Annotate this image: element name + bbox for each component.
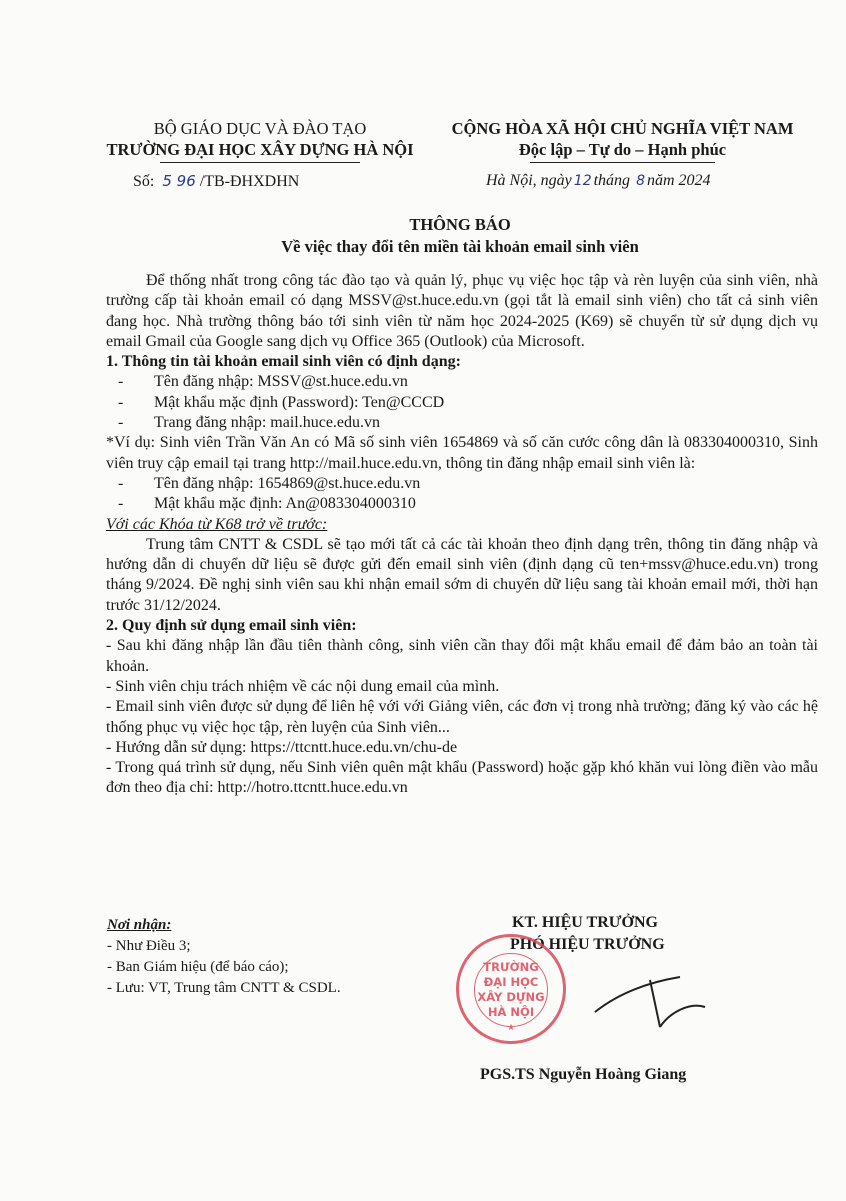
rule-item: - Hướng dẫn sử dụng: https://ttcntt.huce…: [106, 738, 818, 758]
document-number: Số: 5 96/TB-ĐHXDHN: [133, 172, 299, 191]
document-date: Hà Nội, ngày12tháng 8năm 2024: [486, 172, 711, 190]
older-cohorts-heading: Với các Khóa từ K68 trở về trước:: [106, 515, 818, 535]
list-item: -Tên đăng nhập: MSSV@st.huce.edu.vn: [106, 372, 818, 392]
example-paragraph: *Ví dụ: Sinh viên Trần Văn An có Mã số s…: [106, 433, 818, 474]
header-divider: [160, 162, 360, 163]
national-header: CỘNG HÒA XÃ HỘI CHỦ NGHĨA VIỆT NAM Độc l…: [425, 118, 820, 163]
list-item: -Mật khẩu mặc định (Password): Ten@CCCD: [106, 393, 818, 413]
title-main: THÔNG BÁO: [100, 214, 820, 236]
rule-item: - Trong quá trình sử dụng, nếu Sinh viên…: [106, 758, 818, 799]
section2-title: 2. Quy định sử dụng email sinh viên:: [106, 616, 818, 636]
rule-item: - Email sinh viên được sử dụng để liên h…: [106, 697, 818, 738]
handwritten-number: 5 96: [158, 172, 199, 190]
list-item: -Mật khẩu mặc định: An@083304000310: [106, 494, 818, 514]
intro-paragraph: Để thống nhất trong công tác đào tạo và …: [106, 271, 818, 352]
republic-name: CỘNG HÒA XÃ HỘI CHỦ NGHĨA VIỆT NAM: [425, 118, 820, 139]
handwritten-day: 12: [572, 173, 594, 189]
handwritten-month: 8: [634, 173, 647, 189]
document-title: THÔNG BÁO Về việc thay đổi tên miền tài …: [100, 214, 820, 258]
title-subject: Về việc thay đổi tên miền tài khoản emai…: [100, 236, 820, 258]
document-body: Để thống nhất trong công tác đào tạo và …: [106, 271, 818, 799]
signer-title-1: KT. HIỆU TRƯỞNG: [480, 912, 750, 934]
recipient-item: - Ban Giám hiệu (để báo cáo);: [107, 957, 341, 978]
recipient-item: - Như Điều 3;: [107, 936, 341, 957]
motto-divider: [530, 162, 715, 163]
recipients-block: Nơi nhận: - Như Điều 3; - Ban Giám hiệu …: [107, 915, 341, 999]
rule-item: - Sinh viên chịu trách nhiệm về các nội …: [106, 677, 818, 697]
signature-block: KT. HIỆU TRƯỞNG PHÓ HIỆU TRƯỞNG TRƯỜNG Đ…: [480, 912, 750, 956]
list-item: -Trang đăng nhập: mail.huce.edu.vn: [106, 413, 818, 433]
university-name: TRƯỜNG ĐẠI HỌC XÂY DỰNG HÀ NỘI: [100, 139, 420, 160]
ministry-name: BỘ GIÁO DỤC VÀ ĐÀO TẠO: [100, 118, 420, 139]
signer-name: PGS.TS Nguyễn Hoàng Giang: [480, 1064, 686, 1086]
signature-icon: [590, 972, 710, 1032]
section1-title: 1. Thông tin tài khoản email sinh viên c…: [106, 352, 818, 372]
official-seal-icon: TRƯỜNG ĐẠI HỌC XÂY DỰNG HÀ NỘI ★: [456, 934, 566, 1044]
rule-item: - Sau khi đăng nhập lần đầu tiên thành c…: [106, 636, 818, 677]
issuer-header: BỘ GIÁO DỤC VÀ ĐÀO TẠO TRƯỜNG ĐẠI HỌC XÂ…: [100, 118, 420, 163]
recipients-heading: Nơi nhận:: [107, 915, 341, 936]
recipient-item: - Lưu: VT, Trung tâm CNTT & CSDL.: [107, 978, 341, 999]
older-cohorts-paragraph: Trung tâm CNTT & CSDL sẽ tạo mới tất cả …: [106, 535, 818, 616]
national-motto: Độc lập – Tự do – Hạnh phúc: [425, 139, 820, 160]
list-item: -Tên đăng nhập: 1654869@st.huce.edu.vn: [106, 474, 818, 494]
